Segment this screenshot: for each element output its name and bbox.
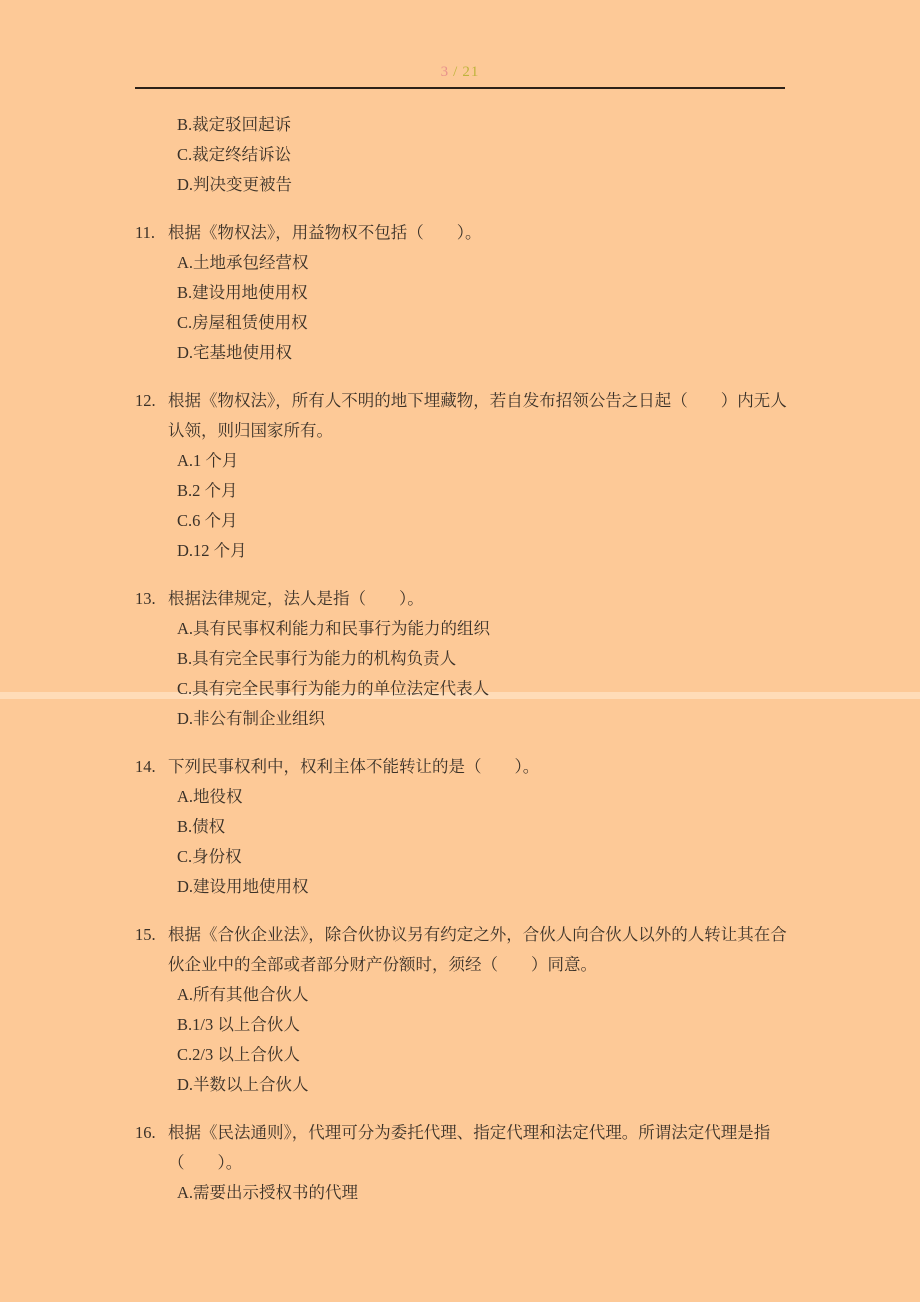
page-indicator-current: 3 (441, 64, 450, 80)
question-block: 12.根据《物权法》，所有人不明的地下埋藏物，若自发布招领公告之日起（ ）内无人… (0, 386, 920, 566)
option-line: C.2/3 以上合伙人 (177, 1040, 920, 1070)
option-group: B.裁定驳回起诉C.裁定终结诉讼D.判决变更被告 (0, 110, 920, 200)
option-line: D.半数以上合伙人 (177, 1070, 920, 1100)
option-line: D.宅基地使用权 (177, 338, 920, 368)
question-text-line: 根据《物权法》，用益物权不包括（ ）。 (168, 223, 482, 242)
option-line: A.需要出示授权书的代理 (177, 1178, 920, 1208)
question-first-line: 14.下列民事权利中，权利主体不能转让的是（ ）。 (135, 752, 920, 782)
question-block: 11.根据《物权法》，用益物权不包括（ ）。 A.土地承包经营权B.建设用地使用… (0, 218, 920, 368)
question-text-line: 根据《物权法》，所有人不明的地下埋藏物，若自发布招领公告之日起（ ）内无人 (168, 391, 787, 410)
page-indicator-separator: / (453, 64, 458, 80)
option-line: B.建设用地使用权 (177, 278, 920, 308)
option-line: A.地役权 (177, 782, 920, 812)
question-text-line: 根据法律规定，法人是指（ ）。 (168, 589, 424, 608)
option-group: A.具有民事权利能力和民事行为能力的组织B.具有完全民事行为能力的机构负责人C.… (0, 614, 920, 734)
question-number: 13. (135, 584, 168, 614)
option-line: A.具有民事权利能力和民事行为能力的组织 (177, 614, 920, 644)
question-text-line: 根据《民法通则》，代理可分为委托代理、指定代理和法定代理。所谓法定代理是指 (168, 1123, 770, 1142)
option-line: C.房屋租赁使用权 (177, 308, 920, 338)
option-group: A.所有其他合伙人B.1/3 以上合伙人C.2/3 以上合伙人D.半数以上合伙人 (0, 980, 920, 1100)
question-text-line: 下列民事权利中，权利主体不能转让的是（ ）。 (168, 757, 539, 776)
question-first-line: 13.根据法律规定，法人是指（ ）。 (135, 584, 920, 614)
option-group: A.需要出示授权书的代理 (0, 1178, 920, 1208)
option-line: C.具有完全民事行为能力的单位法定代表人 (177, 674, 920, 704)
option-line: A.所有其他合伙人 (177, 980, 920, 1010)
option-line: D.判决变更被告 (177, 170, 920, 200)
option-line: A.土地承包经营权 (177, 248, 920, 278)
option-line: A.1 个月 (177, 446, 920, 476)
option-line: B.债权 (177, 812, 920, 842)
question-number: 16. (135, 1118, 168, 1148)
document-page: 3/21 B.裁定驳回起诉C.裁定终结诉讼D.判决变更被告 11.根据《物权法》… (0, 0, 920, 1302)
option-line: B.2 个月 (177, 476, 920, 506)
question-block: 15.根据《合伙企业法》，除合伙协议另有约定之外，合伙人向合伙人以外的人转让其在… (0, 920, 920, 1100)
page-indicator: 3/21 (0, 59, 920, 85)
question-block: 13.根据法律规定，法人是指（ ）。 A.具有民事权利能力和民事行为能力的组织B… (0, 584, 920, 734)
option-line: D.建设用地使用权 (177, 872, 920, 902)
option-group: A.1 个月B.2 个月C.6 个月D.12 个月 (0, 446, 920, 566)
option-line: C.6 个月 (177, 506, 920, 536)
question-text-line: （ ）。 (168, 1148, 920, 1178)
option-group: A.地役权B.债权C.身份权D.建设用地使用权 (0, 782, 920, 902)
question-block: 14.下列民事权利中，权利主体不能转让的是（ ）。 A.地役权B.债权C.身份权… (0, 752, 920, 902)
question-number: 15. (135, 920, 168, 950)
question-text-line: 伙企业中的全部或者部分财产份额时，须经（ ）同意。 (168, 950, 920, 980)
question-number: 11. (135, 218, 168, 248)
question-first-line: 11.根据《物权法》，用益物权不包括（ ）。 (135, 218, 920, 248)
question-first-line: 16.根据《民法通则》，代理可分为委托代理、指定代理和法定代理。所谓法定代理是指 (135, 1118, 920, 1148)
option-line: D.非公有制企业组织 (177, 704, 920, 734)
question-first-line: 12.根据《物权法》，所有人不明的地下埋藏物，若自发布招领公告之日起（ ）内无人 (135, 386, 920, 416)
option-line: C.裁定终结诉讼 (177, 140, 920, 170)
option-line: B.具有完全民事行为能力的机构负责人 (177, 644, 920, 674)
option-line: C.身份权 (177, 842, 920, 872)
question-block: B.裁定驳回起诉C.裁定终结诉讼D.判决变更被告 (0, 110, 920, 200)
question-text-line: 根据《合伙企业法》，除合伙协议另有约定之外，合伙人向合伙人以外的人转让其在合 (168, 925, 787, 944)
question-list: B.裁定驳回起诉C.裁定终结诉讼D.判决变更被告 11.根据《物权法》，用益物权… (0, 89, 920, 1208)
option-line: B.裁定驳回起诉 (177, 110, 920, 140)
page-header: 3/21 (0, 0, 920, 89)
question-number: 12. (135, 386, 168, 416)
question-text-line: 认领，则归国家所有。 (168, 416, 920, 446)
option-line: B.1/3 以上合伙人 (177, 1010, 920, 1040)
page-indicator-total: 21 (462, 64, 479, 80)
question-first-line: 15.根据《合伙企业法》，除合伙协议另有约定之外，合伙人向合伙人以外的人转让其在… (135, 920, 920, 950)
option-group: A.土地承包经营权B.建设用地使用权C.房屋租赁使用权D.宅基地使用权 (0, 248, 920, 368)
question-block: 16.根据《民法通则》，代理可分为委托代理、指定代理和法定代理。所谓法定代理是指… (0, 1118, 920, 1208)
option-line: D.12 个月 (177, 536, 920, 566)
question-number: 14. (135, 752, 168, 782)
